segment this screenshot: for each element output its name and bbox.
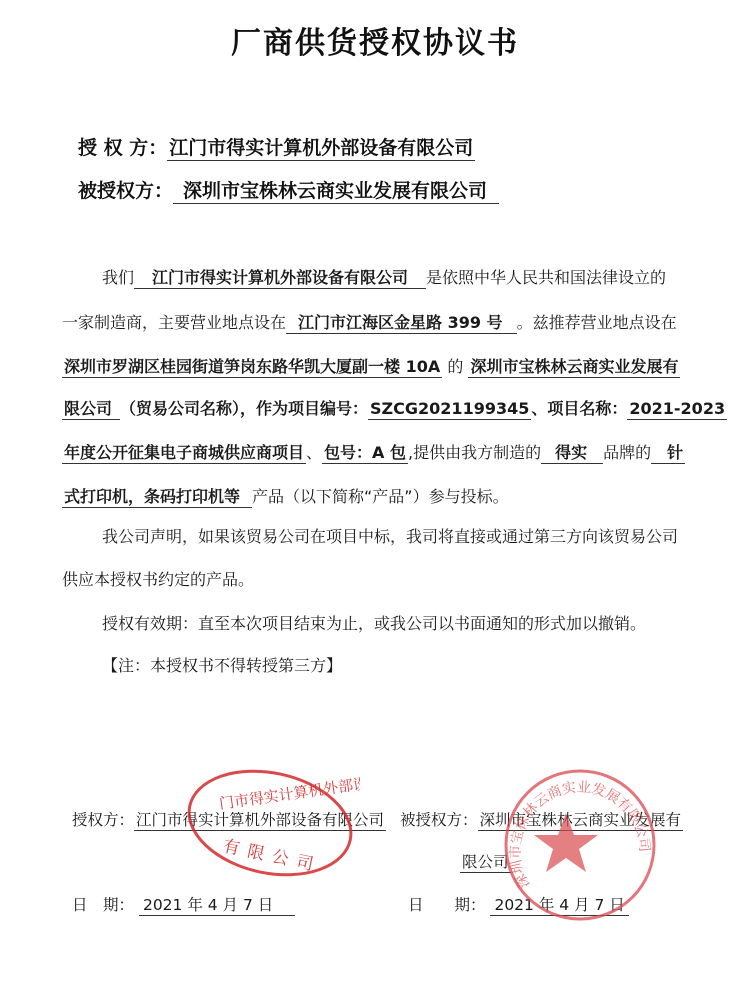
text: 的	[447, 357, 463, 376]
grantor-signature-line: 授权方：江门市得实计算机外部设备有限公司	[72, 808, 386, 830]
grantee-date-line: 日 期： 2021 年 4 月 7 日	[408, 893, 629, 915]
document-title: 厂商供货授权协议书	[0, 18, 750, 62]
grantor-name: 江门市得实计算机外部设备有限公司	[167, 137, 475, 161]
label: 日 期：	[72, 896, 134, 914]
brand-field: 得实	[541, 443, 603, 464]
grantor-line: 授 权 方：江门市得实计算机外部设备有限公司	[78, 133, 475, 160]
trader-name-field: 深圳市宝株林云商实业发展有	[468, 357, 680, 378]
trader-address-field: 深圳市罗湖区桂园街道笋岗东路华凯大厦副一楼 10A	[62, 357, 442, 378]
paragraph-2-line-2: 供应本授权书约定的产品。	[62, 567, 254, 590]
svg-text:门市得实计算机外部设备: 门市得实计算机外部设备	[218, 772, 360, 813]
grantor-signature-name: 江门市得实计算机外部设备有限公司	[134, 811, 386, 831]
grantee-signature-name-cont: 限公司	[460, 853, 511, 873]
grantee-line: 被授权方：深圳市宝株林云商实业发展有限公司	[78, 176, 499, 203]
company-field: 江门市得实计算机外部设备有限公司	[134, 268, 426, 289]
paragraph-3: 授权有效期：直至本次项目结束为止，或我公司以书面通知的形式加以撤销。	[102, 611, 646, 634]
package-field: 包号：A 包	[322, 443, 408, 464]
text: 一家制造商，主要营业地点设在	[62, 313, 286, 332]
grantee-signature-line: 被授权方：深圳市宝株林云商实业发展有	[400, 808, 683, 830]
text: 、项目名称：	[531, 399, 627, 418]
paragraph-1-line-5: 年度公开征集电子商城供应商项目、包号：A 包,提供由我方制造的得实品牌的针	[62, 440, 685, 463]
grantor-date-line: 日 期： 2021 年 4 月 7 日	[72, 893, 295, 915]
product-field: 针	[651, 443, 685, 464]
text: 品牌的	[603, 443, 651, 462]
paragraph-1-line-1: 我们江门市得实计算机外部设备有限公司是依照中华人民共和国法律设立的	[102, 265, 666, 288]
label: 被授权方：	[400, 811, 478, 829]
paragraph-1-line-6: 式打印机，条码打印机等产品（以下简称“产品”）参与投标。	[62, 484, 509, 507]
grantor-date: 2021 年 4 月 7 日	[139, 896, 295, 916]
product-field-cont: 式打印机，条码打印机等	[62, 487, 252, 508]
grantee-signature-name: 深圳市宝株林云商实业发展有	[478, 811, 684, 831]
paragraph-1-line-2: 一家制造商，主要营业地点设在江门市江海区金星路 399 号。兹推荐营业地点设在	[62, 310, 677, 333]
text: （贸易公司名称），作为项目编号：	[120, 399, 368, 418]
label: 日 期：	[408, 896, 486, 914]
text: 。兹推荐营业地点设在	[517, 313, 677, 332]
text: ,提供由我方制造的	[408, 443, 541, 462]
grantor-label: 授 权 方：	[78, 137, 167, 159]
paragraph-1-line-4: 限公司（贸易公司名称），作为项目编号：SZCG2021199345、项目名称：2…	[62, 396, 727, 419]
text: 我们	[102, 268, 134, 287]
svg-text:有限公司: 有限公司	[221, 836, 323, 876]
project-name-field-cont: 年度公开征集电子商城供应商项目	[62, 443, 306, 464]
grantee-name: 深圳市宝株林云商实业发展有限公司	[173, 180, 499, 204]
trader-name-field-cont: 限公司	[62, 399, 120, 420]
paragraph-1-line-3: 深圳市罗湖区桂园街道笋岗东路华凯大厦副一楼 10A 的 深圳市宝株林云商实业发展…	[62, 354, 680, 377]
svg-text:深圳市宝株林云商实业发展有限公司: 深圳市宝株林云商实业发展有限公司	[508, 780, 652, 891]
text: 、	[306, 443, 322, 462]
text: 产品（以下简称“产品”）参与投标。	[252, 487, 509, 506]
note: 【注：本授权书不得转授第三方】	[102, 653, 342, 676]
label: 授权方：	[72, 811, 134, 829]
project-name-field: 2021-2023	[627, 399, 727, 420]
grantee-label: 被授权方：	[78, 180, 173, 202]
text: 是依照中华人民共和国法律设立的	[426, 268, 666, 287]
project-number-field: SZCG2021199345	[368, 399, 531, 420]
grantee-signature-line-2: 限公司	[460, 850, 511, 872]
paragraph-2-line-1: 我公司声明，如果该贸易公司在项目中标，我司将直接或通过第三方向该贸易公司	[102, 524, 678, 547]
address-field: 江门市江海区金星路 399 号	[286, 313, 517, 334]
grantee-date: 2021 年 4 月 7 日	[490, 896, 628, 916]
